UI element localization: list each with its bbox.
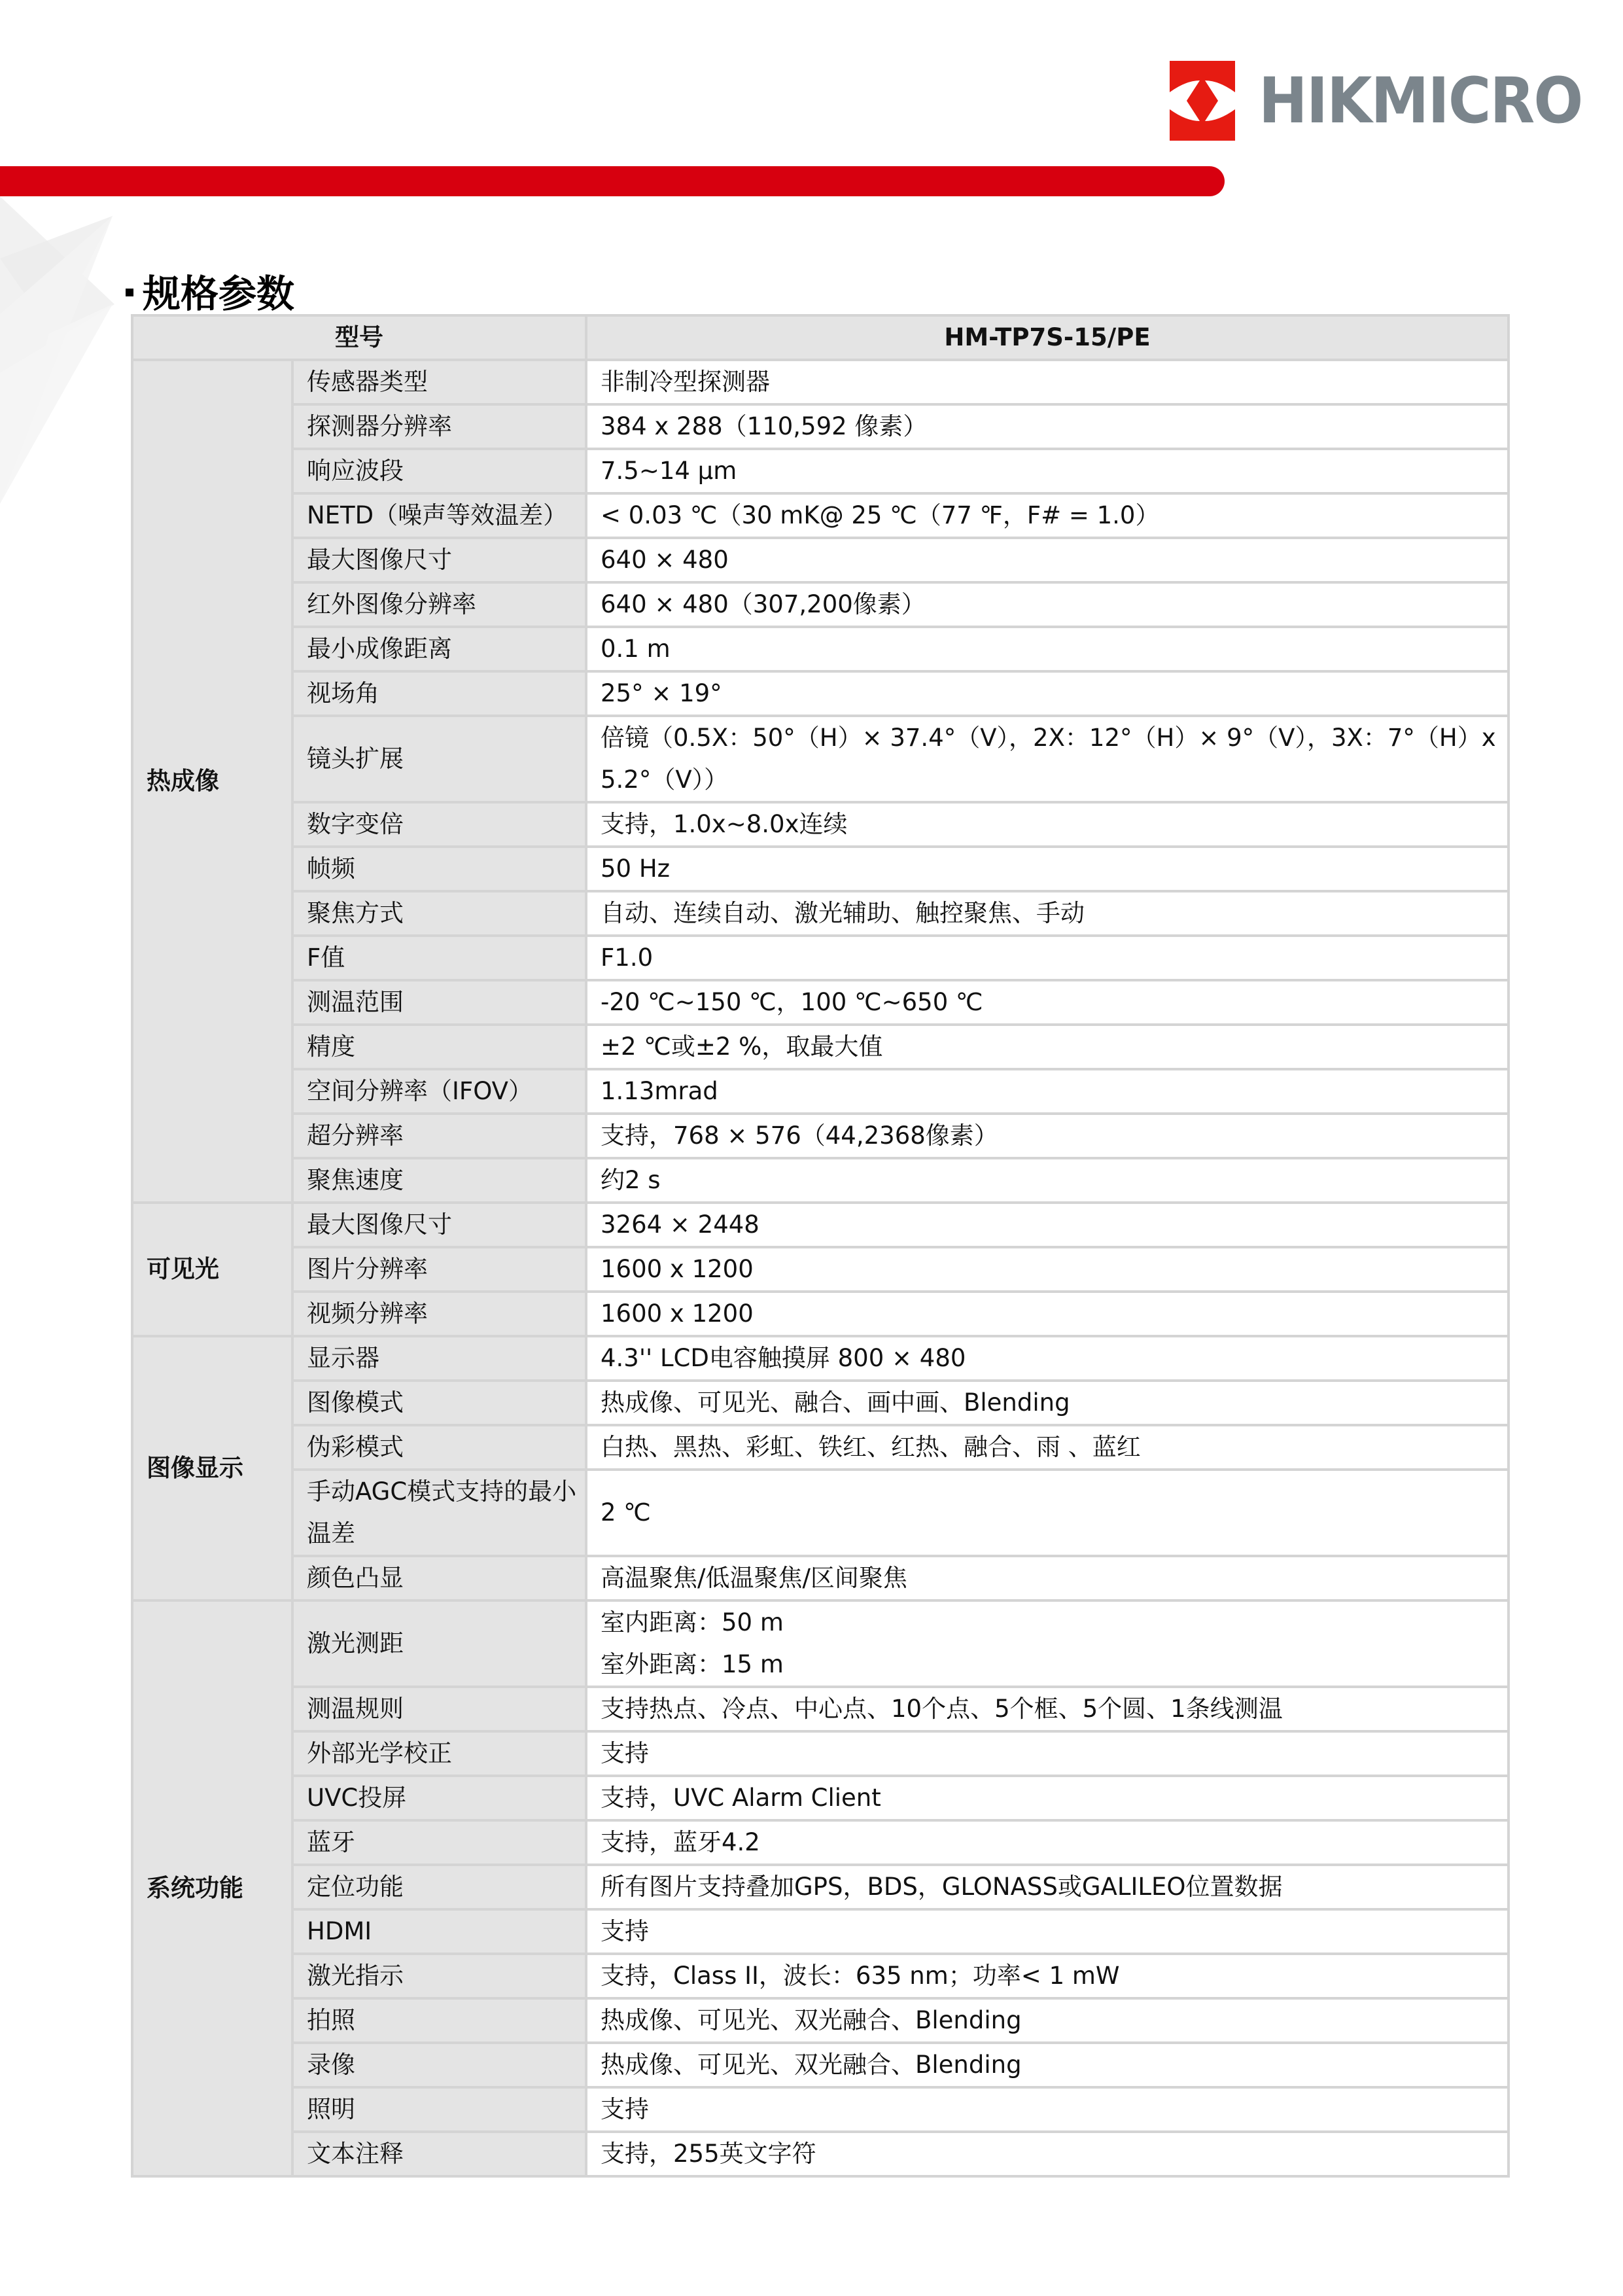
spec-label: 拍照 <box>292 1998 586 2043</box>
table-row: 颜色凸显高温聚焦/低温聚焦/区间聚焦 <box>132 1556 1509 1600</box>
table-row: NETD（噪声等效温差）< 0.03 ℃（30 mK@ 25 ℃（77 ℉，F#… <box>132 493 1509 538</box>
table-row: 红外图像分辨率640 × 480（307,200像素） <box>132 582 1509 627</box>
spec-label: 空间分辨率（IFOV） <box>292 1069 586 1114</box>
spec-label: 图像模式 <box>292 1381 586 1425</box>
header-model-value: HM-TP7S-15/PE <box>586 315 1509 360</box>
spec-value: 非制冷型探测器 <box>586 360 1509 404</box>
spec-value: 4.3'' LCD电容触摸屏 800 × 480 <box>586 1336 1509 1381</box>
spec-label: 文本注释 <box>292 2132 586 2176</box>
table-row: 拍照热成像、可见光、双光融合、Blending <box>132 1998 1509 2043</box>
spec-value: 384 x 288（110,592 像素） <box>586 404 1509 449</box>
table-row: 热成像传感器类型非制冷型探测器 <box>132 360 1509 404</box>
table-row: F值F1.0 <box>132 936 1509 980</box>
spec-value: F1.0 <box>586 936 1509 980</box>
spec-value: 支持，255英文字符 <box>586 2132 1509 2176</box>
spec-label: 外部光学校正 <box>292 1731 586 1776</box>
table-row: 探测器分辨率384 x 288（110,592 像素） <box>132 404 1509 449</box>
spec-value: 3264 × 2448 <box>586 1203 1509 1247</box>
spec-label: 显示器 <box>292 1336 586 1381</box>
spec-label: 视频分辨率 <box>292 1292 586 1336</box>
table-row: 照明支持 <box>132 2087 1509 2132</box>
table-row: 可见光最大图像尺寸3264 × 2448 <box>132 1203 1509 1247</box>
table-row: 超分辨率支持，768 × 576（44,2368像素） <box>132 1114 1509 1158</box>
spec-value: 热成像、可见光、融合、画中画、Blending <box>586 1381 1509 1425</box>
spec-value: 支持 <box>586 1909 1509 1954</box>
spec-label: F值 <box>292 936 586 980</box>
spec-label: NETD（噪声等效温差） <box>292 493 586 538</box>
table-row: 图像显示显示器4.3'' LCD电容触摸屏 800 × 480 <box>132 1336 1509 1381</box>
spec-label: 镜头扩展 <box>292 716 586 802</box>
table-row: 测温范围-20 ℃~150 ℃，100 ℃~650 ℃ <box>132 980 1509 1025</box>
spec-label: 超分辨率 <box>292 1114 586 1158</box>
group-label: 热成像 <box>132 360 292 1203</box>
table-row: 手动AGC模式支持的最小温差2 ℃ <box>132 1470 1509 1556</box>
spec-value: 支持，蓝牙4.2 <box>586 1820 1509 1865</box>
spec-value: 支持，1.0x~8.0x连续 <box>586 802 1509 847</box>
spec-label: 数字变倍 <box>292 802 586 847</box>
spec-label: 红外图像分辨率 <box>292 582 586 627</box>
spec-label: 图片分辨率 <box>292 1247 586 1292</box>
spec-label: 伪彩模式 <box>292 1425 586 1470</box>
spec-label: 帧频 <box>292 847 586 891</box>
spec-label: 聚焦方式 <box>292 891 586 936</box>
spec-value: 640 × 480 <box>586 538 1509 582</box>
table-row: 文本注释支持，255英文字符 <box>132 2132 1509 2176</box>
spec-value: -20 ℃~150 ℃，100 ℃~650 ℃ <box>586 980 1509 1025</box>
table-row: 响应波段7.5~14 μm <box>132 449 1509 493</box>
spec-value: 1600 x 1200 <box>586 1292 1509 1336</box>
spec-label: 视场角 <box>292 671 586 716</box>
spec-value-line: 室内距离：50 m <box>601 1602 1507 1644</box>
brand-wordmark: HIKMICRO <box>1259 69 1582 132</box>
spec-value: 1600 x 1200 <box>586 1247 1509 1292</box>
table-row: 定位功能所有图片支持叠加GPS，BDS，GLONASS或GALILEO位置数据 <box>132 1865 1509 1909</box>
table-row: 数字变倍支持，1.0x~8.0x连续 <box>132 802 1509 847</box>
spec-label: 定位功能 <box>292 1865 586 1909</box>
spec-label: 照明 <box>292 2087 586 2132</box>
table-row: 图片分辨率1600 x 1200 <box>132 1247 1509 1292</box>
spec-value: 2 ℃ <box>586 1470 1509 1556</box>
table-row: 系统功能激光测距室内距离：50 m室外距离：15 m <box>132 1600 1509 1687</box>
table-row: HDMI支持 <box>132 1909 1509 1954</box>
square-bullet-icon <box>126 289 133 296</box>
spec-label: 蓝牙 <box>292 1820 586 1865</box>
spec-label: 激光指示 <box>292 1954 586 1998</box>
spec-label: 响应波段 <box>292 449 586 493</box>
table-row: 视频分辨率1600 x 1200 <box>132 1292 1509 1336</box>
header-model-label: 型号 <box>132 315 586 360</box>
spec-label: UVC投屏 <box>292 1776 586 1820</box>
spec-label: 手动AGC模式支持的最小温差 <box>292 1470 586 1556</box>
table-header-row: 型号 HM-TP7S-15/PE <box>132 315 1509 360</box>
spec-value: ±2 ℃或±2 %，取最大值 <box>586 1025 1509 1069</box>
table-row: 聚焦方式自动、连续自动、激光辅助、触控聚焦、手动 <box>132 891 1509 936</box>
table-row: 帧频50 Hz <box>132 847 1509 891</box>
table-row: 外部光学校正支持 <box>132 1731 1509 1776</box>
group-label: 系统功能 <box>132 1600 292 2176</box>
spec-value: 高温聚焦/低温聚焦/区间聚焦 <box>586 1556 1509 1600</box>
spec-label: 测温范围 <box>292 980 586 1025</box>
spec-value: 支持 <box>586 1731 1509 1776</box>
table-row: 镜头扩展倍镜（0.5X：50°（H）× 37.4°（V），2X：12°（H）× … <box>132 716 1509 802</box>
spec-value: 支持热点、冷点、中心点、10个点、5个框、5个圆、1条线测温 <box>586 1687 1509 1731</box>
spec-value: 支持，UVC Alarm Client <box>586 1776 1509 1820</box>
spec-value: 支持，768 × 576（44,2368像素） <box>586 1114 1509 1158</box>
section-title: 规格参数 <box>143 263 294 318</box>
table-row: 蓝牙支持，蓝牙4.2 <box>132 1820 1509 1865</box>
table-row: 录像热成像、可见光、双光融合、Blending <box>132 2043 1509 2087</box>
spec-label: 测温规则 <box>292 1687 586 1731</box>
section-heading: 规格参数 <box>126 263 294 318</box>
spec-value: 室内距离：50 m室外距离：15 m <box>586 1600 1509 1687</box>
spec-value: 1.13mrad <box>586 1069 1509 1114</box>
spec-value: 640 × 480（307,200像素） <box>586 582 1509 627</box>
spec-value: 支持，Class II，波长：635 nm；功率< 1 mW <box>586 1954 1509 1998</box>
table-row: 最大图像尺寸640 × 480 <box>132 538 1509 582</box>
spec-label: 最小成像距离 <box>292 627 586 671</box>
table-row: UVC投屏支持，UVC Alarm Client <box>132 1776 1509 1820</box>
hikmicro-eye-logo-icon <box>1170 61 1235 141</box>
spec-value: < 0.03 ℃（30 mK@ 25 ℃（77 ℉，F# = 1.0） <box>586 493 1509 538</box>
spec-value: 约2 s <box>586 1158 1509 1203</box>
group-label: 图像显示 <box>132 1336 292 1600</box>
spec-value: 自动、连续自动、激光辅助、触控聚焦、手动 <box>586 891 1509 936</box>
table-row: 伪彩模式白热、黑热、彩虹、铁红、红热、融合、雨 、蓝红 <box>132 1425 1509 1470</box>
spec-value-line: 室外距离：15 m <box>601 1644 1507 1686</box>
table-row: 图像模式热成像、可见光、融合、画中画、Blending <box>132 1381 1509 1425</box>
spec-value: 白热、黑热、彩虹、铁红、红热、融合、雨 、蓝红 <box>586 1425 1509 1470</box>
header-red-bar <box>0 166 1225 196</box>
spec-table-body: 热成像传感器类型非制冷型探测器探测器分辨率384 x 288（110,592 像… <box>132 360 1509 2176</box>
spec-value: 0.1 m <box>586 627 1509 671</box>
spec-table: 型号 HM-TP7S-15/PE 热成像传感器类型非制冷型探测器探测器分辨率38… <box>131 314 1510 2178</box>
table-row: 聚焦速度约2 s <box>132 1158 1509 1203</box>
spec-value: 倍镜（0.5X：50°（H）× 37.4°（V），2X：12°（H）× 9°（V… <box>586 716 1509 802</box>
spec-label: 传感器类型 <box>292 360 586 404</box>
table-row: 测温规则支持热点、冷点、中心点、10个点、5个框、5个圆、1条线测温 <box>132 1687 1509 1731</box>
spec-value: 热成像、可见光、双光融合、Blending <box>586 2043 1509 2087</box>
spec-label: 最大图像尺寸 <box>292 538 586 582</box>
spec-label: 聚焦速度 <box>292 1158 586 1203</box>
table-row: 视场角25° × 19° <box>132 671 1509 716</box>
hikmicro-logo: HIKMICRO <box>1170 61 1607 141</box>
spec-value: 热成像、可见光、双光融合、Blending <box>586 1998 1509 2043</box>
table-row: 激光指示支持，Class II，波长：635 nm；功率< 1 mW <box>132 1954 1509 1998</box>
table-row: 空间分辨率（IFOV）1.13mrad <box>132 1069 1509 1114</box>
spec-value: 7.5~14 μm <box>586 449 1509 493</box>
spec-label: 激光测距 <box>292 1600 586 1687</box>
table-row: 最小成像距离0.1 m <box>132 627 1509 671</box>
spec-value: 50 Hz <box>586 847 1509 891</box>
spec-value: 25° × 19° <box>586 671 1509 716</box>
spec-label: 颜色凸显 <box>292 1556 586 1600</box>
spec-label: 录像 <box>292 2043 586 2087</box>
spec-label: 最大图像尺寸 <box>292 1203 586 1247</box>
spec-label: 精度 <box>292 1025 586 1069</box>
spec-label: HDMI <box>292 1909 586 1954</box>
spec-value: 支持 <box>586 2087 1509 2132</box>
group-label: 可见光 <box>132 1203 292 1336</box>
spec-label: 探测器分辨率 <box>292 404 586 449</box>
table-row: 精度±2 ℃或±2 %，取最大值 <box>132 1025 1509 1069</box>
decorative-shards-graphic <box>0 196 118 523</box>
spec-value: 所有图片支持叠加GPS，BDS，GLONASS或GALILEO位置数据 <box>586 1865 1509 1909</box>
